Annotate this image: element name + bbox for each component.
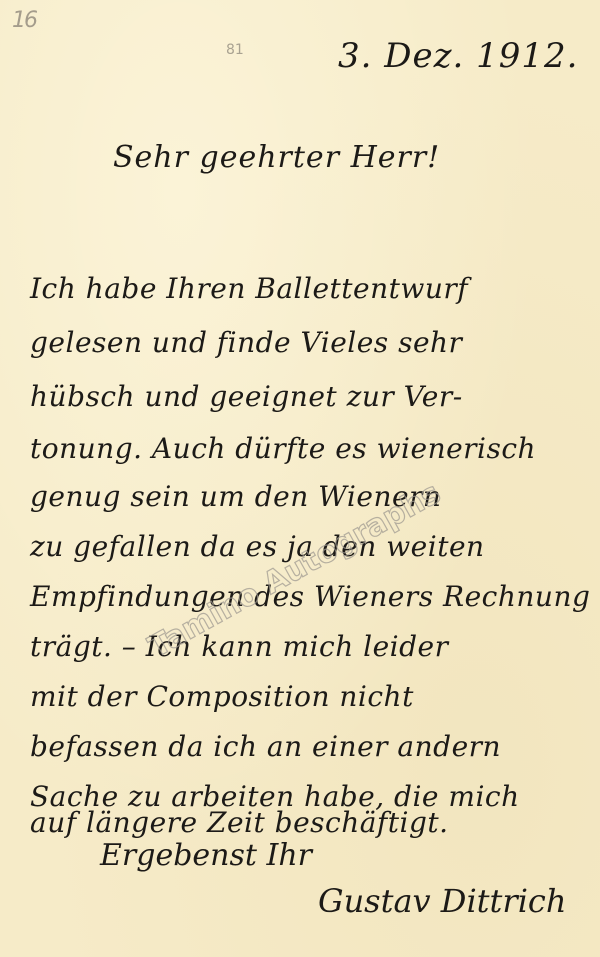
body-line: mit der Composition nicht (30, 680, 414, 713)
body-line: genug sein um den Wienern (30, 480, 441, 513)
archive-number: 16 (12, 8, 36, 33)
body-line: hübsch und geeignet zur Ver- (30, 380, 463, 413)
body-line: zu gefallen da es ja den weiten (30, 530, 485, 563)
body-line: Empfindungen des Wieners Rechnung (30, 580, 590, 613)
closing: Ergebenst Ihr (100, 838, 312, 873)
body-line: Ich habe Ihren Ballettentwurf (30, 272, 468, 305)
signature: Gustav Dittrich (318, 882, 566, 920)
pencil-mark: 81 (226, 42, 244, 58)
letter-date: 3. Dez. 1912. (338, 36, 579, 76)
body-line: tonung. Auch dürfte es wienerisch (30, 432, 536, 465)
salutation: Sehr geehrter Herr! (113, 140, 440, 175)
body-line: trägt. – Ich kann mich leider (30, 630, 449, 663)
letter-page: 16 81 3. Dez. 1912. Sehr geehrter Herr! … (0, 0, 600, 957)
body-line: auf längere Zeit beschäftigt. (30, 806, 449, 839)
body-line: gelesen und finde Vieles sehr (30, 326, 462, 359)
body-line: befassen da ich an einer andern (30, 730, 501, 763)
